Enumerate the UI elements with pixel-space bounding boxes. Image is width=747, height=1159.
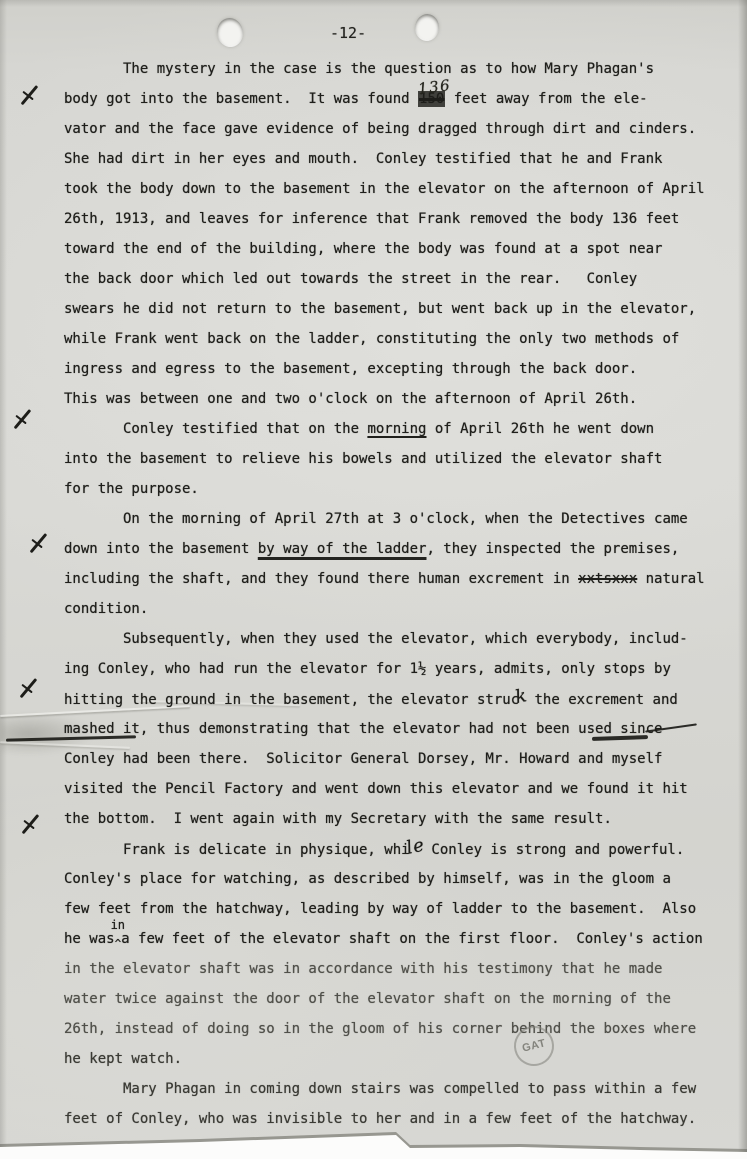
typed-line: hitting the ground in the basement, the … bbox=[64, 684, 744, 714]
annotated-segment: ^in bbox=[115, 924, 122, 955]
text-segment: the bottom. I went again with my Secreta… bbox=[64, 811, 612, 827]
text-segment: condition. bbox=[64, 601, 148, 617]
annotated-segment: 150136 bbox=[418, 91, 445, 107]
typed-line: for the purpose. bbox=[64, 474, 744, 504]
text-segment: ingress and egress to the basement, exce… bbox=[64, 361, 637, 377]
text-segment: ing Conley, who had run the elevator for… bbox=[64, 661, 671, 677]
typed-line: 26th, instead of doing so in the gloom o… bbox=[64, 1014, 744, 1044]
typed-line: water twice against the door of the elev… bbox=[64, 984, 744, 1014]
text-segment: mashed it, thus demonstrating that the e… bbox=[64, 721, 662, 737]
text-segment: into the basement to relieve his bowels … bbox=[64, 451, 662, 467]
text-segment: of April 26th he went down bbox=[426, 421, 654, 437]
text-segment: 26th, instead of doing so in the gloom o… bbox=[64, 1021, 696, 1037]
typed-line: 26th, 1913, and leaves for inference tha… bbox=[64, 204, 744, 234]
typed-line: he kept watch. bbox=[64, 1044, 744, 1074]
text-segment: Subsequently, when they used the elevato… bbox=[64, 631, 688, 647]
archive-stamp-text: GAT bbox=[521, 1037, 547, 1054]
text-segment: swears he did not return to the basement… bbox=[64, 301, 696, 317]
annotated-segment: xxtsxxx bbox=[578, 571, 637, 587]
typed-line: On the morning of April 27th at 3 o'cloc… bbox=[64, 504, 744, 534]
text-segment: while Frank went back on the ladder, con… bbox=[64, 331, 679, 347]
text-segment: Conley's place for watching, as describe… bbox=[64, 871, 671, 887]
margin-x-mark bbox=[21, 815, 39, 833]
text-segment: This was between one and two o'clock on … bbox=[64, 391, 637, 407]
typed-line: swears he did not return to the basement… bbox=[64, 294, 744, 324]
text-segment: including the shaft, and they found ther… bbox=[64, 571, 578, 587]
text-segment: down into the basement bbox=[64, 541, 258, 557]
text-segment: a few feet of the elevator shaft on the … bbox=[121, 931, 703, 947]
text-segment: few feet from the hatchway, leading by w… bbox=[64, 901, 696, 917]
text-segment: body got into the basement. It was found bbox=[64, 91, 418, 107]
margin-x-mark bbox=[20, 86, 38, 104]
text-segment: On the morning of April 27th at 3 o'cloc… bbox=[64, 511, 688, 527]
scanned-page: -12- The mystery in the case is the ques… bbox=[0, 0, 747, 1159]
text-segment: 26th, 1913, and leaves for inference tha… bbox=[64, 211, 679, 227]
text-segment: feet of Conley, who was invisible to her… bbox=[64, 1111, 696, 1127]
typed-line: mashed it, thus demonstrating that the e… bbox=[64, 714, 744, 744]
typed-line: ingress and egress to the basement, exce… bbox=[64, 354, 744, 384]
annotated-segment: le bbox=[403, 830, 427, 863]
typed-line: he was^ina few feet of the elevator shaf… bbox=[64, 924, 744, 954]
margin-x-mark bbox=[19, 679, 37, 697]
punch-hole-left bbox=[215, 16, 245, 48]
typed-line: She had dirt in her eyes and mouth. Conl… bbox=[64, 144, 744, 174]
text-segment: the back door which led out towards the … bbox=[64, 271, 637, 287]
inserted-handwriting: in bbox=[111, 910, 125, 940]
text-segment: Mary Phagan in coming down stairs was co… bbox=[64, 1081, 696, 1097]
typed-line: Conley had been there. Solicitor General… bbox=[64, 744, 744, 774]
text-segment: Conley testified that on the bbox=[64, 421, 367, 437]
text-segment: hitting the ground in the basement, the … bbox=[64, 692, 519, 708]
typed-lines: The mystery in the case is the question … bbox=[64, 54, 744, 1134]
scan-edge-left bbox=[0, 0, 7, 1159]
text-segment: Frank is delicate in physique, whi bbox=[64, 842, 410, 858]
typed-line: Conley testified that on the morning of … bbox=[64, 414, 744, 444]
typed-line: toward the end of the building, where th… bbox=[64, 234, 744, 264]
page-number: -12- bbox=[330, 24, 366, 42]
text-segment: for the purpose. bbox=[64, 481, 199, 497]
typed-line: including the shaft, and they found ther… bbox=[64, 564, 744, 594]
text-segment: the excrement and bbox=[526, 692, 678, 708]
typed-line: the back door which led out towards the … bbox=[64, 264, 744, 294]
text-segment: toward the end of the building, where th… bbox=[64, 241, 662, 257]
typed-line: This was between one and two o'clock on … bbox=[64, 384, 744, 414]
text-segment: She had dirt in her eyes and mouth. Conl… bbox=[64, 151, 662, 167]
typed-line: visited the Pencil Factory and went down… bbox=[64, 774, 744, 804]
typed-line: in the elevator shaft was in accordance … bbox=[64, 954, 744, 984]
typed-line: the bottom. I went again with my Secreta… bbox=[64, 804, 744, 834]
inserted-handwriting: 136 bbox=[416, 70, 453, 104]
typed-line: down into the basement by way of the lad… bbox=[64, 534, 744, 564]
margin-x-mark bbox=[13, 410, 31, 428]
text-segment: Conley is strong and powerful. bbox=[423, 842, 684, 858]
typed-line: body got into the basement. It was found… bbox=[64, 84, 744, 114]
annotated-segment: morning bbox=[367, 421, 426, 437]
typed-line: into the basement to relieve his bowels … bbox=[64, 444, 744, 474]
text-segment: took the body down to the basement in th… bbox=[64, 181, 705, 197]
typed-line: few feet from the hatchway, leading by w… bbox=[64, 894, 744, 924]
text-segment: water twice against the door of the elev… bbox=[64, 991, 671, 1007]
text-segment: Conley had been there. Solicitor General… bbox=[64, 751, 662, 767]
typed-line: condition. bbox=[64, 594, 744, 624]
typed-line: Conley's place for watching, as describe… bbox=[64, 864, 744, 894]
typed-line: feet of Conley, who was invisible to her… bbox=[64, 1104, 744, 1134]
text-segment: visited the Pencil Factory and went down… bbox=[64, 781, 688, 797]
typed-line: Frank is delicate in physique, while Con… bbox=[64, 834, 744, 864]
text-segment: he kept watch. bbox=[64, 1051, 182, 1067]
text-segment: natural bbox=[637, 571, 704, 587]
annotated-segment: by way of the ladder bbox=[258, 541, 427, 557]
typed-line: Subsequently, when they used the elevato… bbox=[64, 624, 744, 654]
margin-x-mark bbox=[29, 534, 47, 552]
typed-line: while Frank went back on the ladder, con… bbox=[64, 324, 744, 354]
typed-line: The mystery in the case is the question … bbox=[64, 54, 744, 84]
scan-edge-top bbox=[0, 0, 747, 7]
text-segment: feet away from the ele- bbox=[445, 91, 647, 107]
typed-line: ing Conley, who had run the elevator for… bbox=[64, 654, 744, 684]
typed-line: Mary Phagan in coming down stairs was co… bbox=[64, 1074, 744, 1104]
text-segment: he was bbox=[64, 931, 115, 947]
typed-line: took the body down to the basement in th… bbox=[64, 174, 744, 204]
text-segment: in the elevator shaft was in accordance … bbox=[64, 961, 662, 977]
text-segment: , they inspected the premises, bbox=[426, 541, 679, 557]
punch-hole-right bbox=[414, 13, 441, 42]
typed-line: vator and the face gave evidence of bein… bbox=[64, 114, 744, 144]
text-segment: The mystery in the case is the question … bbox=[64, 61, 654, 77]
text-segment: vator and the face gave evidence of bein… bbox=[64, 121, 696, 137]
